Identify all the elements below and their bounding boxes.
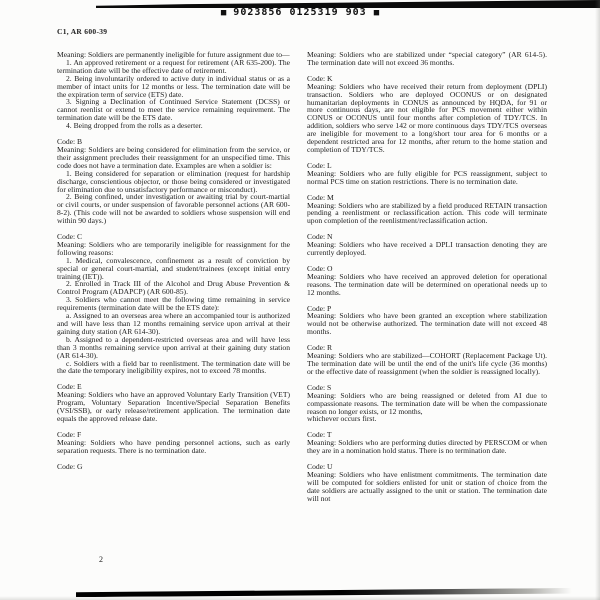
code-block: Meaning: Soldiers who are stabilized und… <box>307 51 547 67</box>
doc-reference: C1, AR 600-39 <box>57 27 107 36</box>
paragraph: Meaning: Soldiers who have been granted … <box>307 312 547 336</box>
code-heading: Code: G <box>57 463 290 471</box>
paragraph: Meaning: Soldiers who have pending perso… <box>57 439 290 455</box>
paragraph: Meaning: Soldiers who are temporarily in… <box>57 241 290 257</box>
paragraph: 3. Signing a Declination of Continued Se… <box>57 98 290 122</box>
code-block: Code: KMeaning: Soldiers who have receiv… <box>307 75 547 154</box>
code-block: Meaning: Soldiers are permanently inelig… <box>57 51 290 130</box>
paragraph: 1. Medical, convalescence, confinement a… <box>57 257 290 281</box>
paragraph: Meaning: Soldiers who have enlistment co… <box>307 471 547 503</box>
stamp-square-icon: ■ <box>214 8 233 18</box>
scanned-document-page: ■9023856 0125319 903■ C1, AR 600-39 Mean… <box>0 0 600 600</box>
paragraph: b. Assigned to a dependent-restricted ov… <box>57 336 290 360</box>
document-id-stamp: ■9023856 0125319 903■ <box>0 7 600 18</box>
paragraph: 1. An approved retirement or a request f… <box>57 59 290 75</box>
paragraph: Meaning: Soldiers who have received a DP… <box>307 241 547 257</box>
paragraph: Meaning: Soldiers who are stabilized—COH… <box>307 352 547 376</box>
stamp-square-icon: ■ <box>367 8 386 18</box>
text-column-left: Meaning: Soldiers are permanently inelig… <box>57 51 290 471</box>
paragraph: Meaning: Soldiers who are being reassign… <box>307 392 547 416</box>
code-block: Code: G <box>57 463 290 471</box>
paragraph: Meaning: Soldiers who have received an a… <box>307 273 547 297</box>
code-block: Code: SMeaning: Soldiers who are being r… <box>307 384 547 424</box>
paragraph: c. Soldiers with a field bar to reenlist… <box>57 360 290 376</box>
page-edge-shadow-right <box>595 0 600 600</box>
paragraph: 2. Enrolled in Track III of the Alcohol … <box>57 280 290 296</box>
code-block: Code: CMeaning: Soldiers who are tempora… <box>57 233 290 375</box>
paragraph: Meaning: Soldiers who are stabilized und… <box>307 51 547 67</box>
code-block: Code: PMeaning: Soldiers who have been g… <box>307 305 547 337</box>
text-column-right: Meaning: Soldiers who are stabilized und… <box>307 51 547 503</box>
code-block: Code: OMeaning: Soldiers who have receiv… <box>307 265 547 297</box>
code-block: Code: MMeaning: Soldiers who are stabili… <box>307 194 547 226</box>
code-block: Code: LMeaning: Soldiers who are fully e… <box>307 162 547 186</box>
paragraph: whichever occurs first. <box>307 415 547 423</box>
code-block: Code: EMeaning: Soldiers who have an app… <box>57 383 290 423</box>
page-edge-shadow-bottom <box>0 596 600 600</box>
paragraph: Meaning: Soldiers who are fully eligible… <box>307 170 547 186</box>
paragraph: 1. Being considered for separation or el… <box>57 170 290 194</box>
page-number: 2 <box>99 555 103 564</box>
code-block: Code: FMeaning: Soldiers who have pendin… <box>57 431 290 455</box>
code-block: Code: TMeaning: Soldiers who are perform… <box>307 431 547 455</box>
code-block: Code: UMeaning: Soldiers who have enlist… <box>307 463 547 503</box>
paragraph: Meaning: Soldiers who have an approved V… <box>57 391 290 423</box>
stamp-code-text: 9023856 0125319 903 <box>233 7 366 18</box>
paragraph: 4. Being dropped from the rolls as a des… <box>57 122 290 130</box>
paragraph: 2. Being involuntarily ordered to active… <box>57 75 290 99</box>
paragraph: 3. Soldiers who cannot meet the followin… <box>57 296 290 312</box>
paragraph: Meaning: Soldiers are being considered f… <box>57 146 290 170</box>
paragraph: a. Assigned to an overseas area where an… <box>57 312 290 336</box>
code-block: Code: RMeaning: Soldiers who are stabili… <box>307 344 547 376</box>
paragraph: Meaning: Soldiers who have received thei… <box>307 83 547 154</box>
paragraph: 2. Being confined, under investigation o… <box>57 193 290 225</box>
paragraph: Meaning: Soldiers who are stabilized by … <box>307 202 547 226</box>
paragraph: Meaning: Soldiers who are performing dut… <box>307 439 547 455</box>
code-block: Code: NMeaning: Soldiers who have receiv… <box>307 233 547 257</box>
code-block: Code: BMeaning: Soldiers are being consi… <box>57 138 290 225</box>
